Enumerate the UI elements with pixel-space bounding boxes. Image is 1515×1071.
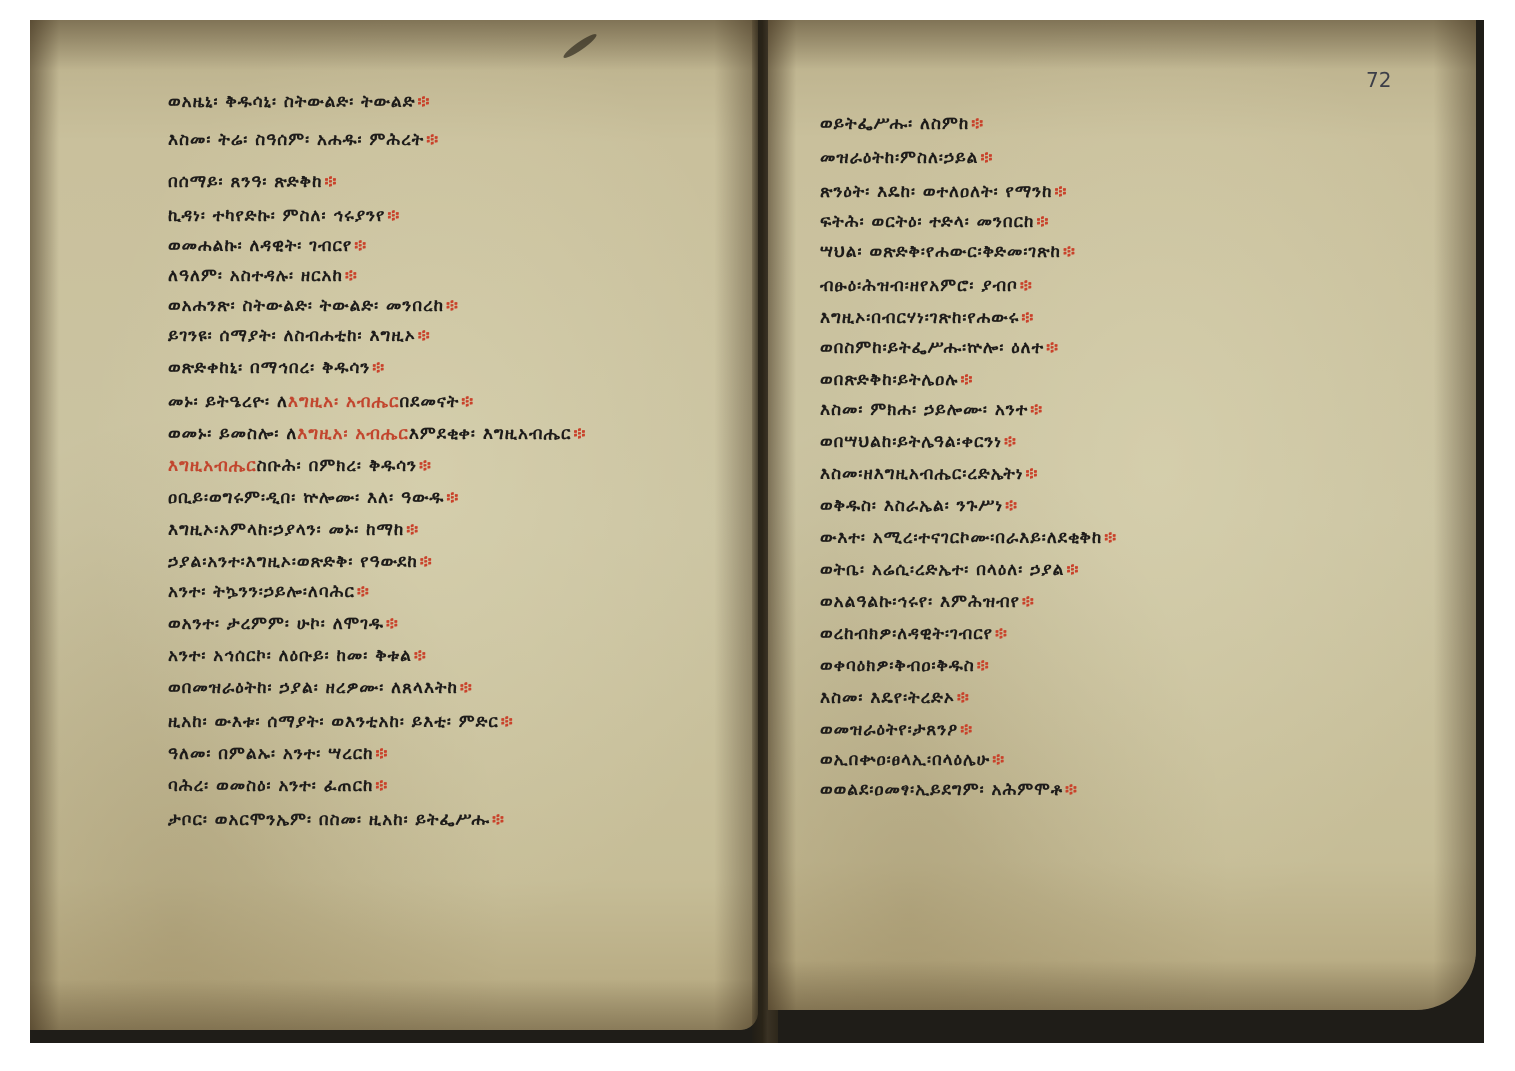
- line-text: ወመሐልኩ፡ ለዳዊት፡ ገብርየ: [168, 236, 352, 256]
- manuscript-line: ወመዝራዕትየ፡ታጸንዖ፨: [820, 720, 973, 740]
- section-mark-icon: ፨: [1020, 276, 1033, 296]
- manuscript-line: ሣህል፡ ወጽድቅ፡የሐውር፡ቅድመ፡ገጽከ፨: [820, 242, 1076, 262]
- line-text: ወአሐንጽ፡ ስትውልድ፡ ትውልድ፡ መንበረከ: [168, 296, 444, 316]
- manuscript-line: ወበመዝራዕትከ፡ ኃያል፡ ዘረዎሙ፡ ለጸላእትከ፨: [168, 678, 473, 698]
- line-text: ወአልዓልኩ፡ኅሩየ፡ እምሕዝብየ: [820, 592, 1020, 612]
- line-text: እስመ፡ ትሬ፡ ስዓሰም፡ አሐዱ፡ ምሕረት: [168, 130, 424, 150]
- manuscript-line: እግዚኦ፡በብርሃነ፡ገጽከ፡የሐውሩ፨: [820, 308, 1034, 328]
- rubric-text: እግዚአብሔር: [168, 456, 257, 476]
- manuscript-line: በሰማይ፡ ጸንዓ፡ ጽድቅከ፨: [168, 172, 337, 192]
- section-mark-icon: ፨: [357, 582, 370, 602]
- manuscript-line: ዐቢይ፡ወግሩም፡ዲበ፡ ኵሎሙ፡ እለ፡ ዓውዱ፨: [168, 488, 459, 508]
- section-mark-icon: ፨: [501, 712, 514, 732]
- manuscript-line: ወቀባዕክዎ፡ቅብዐ፡ቅዱስ፨: [820, 656, 990, 676]
- manuscript-line: ወአልዓልኩ፡ኅሩየ፡ እምሕዝብየ፨: [820, 592, 1035, 612]
- section-mark-icon: ፨: [376, 744, 389, 764]
- section-mark-icon: ፨: [971, 114, 984, 134]
- manuscript-line: እስመ፡ዘእግዚአብሔር፡ረድኤትነ፨: [820, 464, 1038, 484]
- manuscript-photo: ወአዜኒ፡ ቅዱሳኒ፡ ስትውልድ፡ ትውልድ፨እስመ፡ ትሬ፡ ስዓሰም፡ አ…: [30, 20, 1484, 1043]
- right-page: 72 ወይትፌሥሑ፡ ለስምከ፨መዝራዕትከ፡ምስለ፡ኃይል፨ጽንዕት፡ እዴከ…: [768, 20, 1476, 1010]
- manuscript-line: ታቦር፡ ወአርሞንኤም፡ በስመ፡ ዚአከ፡ ይትፌሥሑ፨: [168, 810, 505, 830]
- section-mark-icon: ፨: [461, 392, 474, 412]
- line-text: ዐቢይ፡ወግሩም፡ዲበ፡ ኵሎሙ፡ እለ፡ ዓውዱ: [168, 488, 444, 508]
- manuscript-line: ይገንዩ፡ ሰማያት፡ ለስብሐቲከ፡ እግዚኦ፨: [168, 326, 431, 346]
- manuscript-line: ውእተ፡ አሚረ፡ተናገርኮሙ፡በራእይ፡ለደቂቅከ፨: [820, 528, 1117, 548]
- manuscript-line: ብፁዕ፡ሕዝብ፡ዘየአምሮ፡ ያብቦ፨: [820, 276, 1033, 296]
- section-mark-icon: ፨: [375, 776, 388, 796]
- manuscript-line: መዝራዕትከ፡ምስለ፡ኃይል፨: [820, 148, 993, 168]
- line-text: ወወልደ፡ዐመፃ፡ኢይደግም፡ አሕምሞቶ: [820, 780, 1063, 800]
- line-text: ስቡሕ፡ በምክረ፡ ቅዱሳን: [257, 456, 417, 476]
- line-text: ወቅዱስ፡ እስራኤል፡ ንጉሥነ: [820, 496, 1003, 516]
- line-text: ወበስምከ፡ይትፌሥሑ፡ኵሎ፡ ዕለተ: [820, 338, 1044, 358]
- line-text: ወመኑ፡ ይመስሎ፡ ለ: [168, 424, 297, 444]
- line-text: ሣህል፡ ወጽድቅ፡የሐውር፡ቅድመ፡ገጽከ: [820, 242, 1061, 262]
- section-mark-icon: ፨: [414, 646, 427, 666]
- manuscript-line: እስመ፡ ትሬ፡ ስዓሰም፡ አሐዱ፡ ምሕረት፨: [168, 130, 439, 150]
- section-mark-icon: ፨: [460, 678, 473, 698]
- manuscript-line: ዓለመ፡ በምልኡ፡ አንተ፡ ሣረርከ፨: [168, 744, 388, 764]
- section-mark-icon: ፨: [1065, 780, 1078, 800]
- manuscript-line: እግዚአብሔርስቡሕ፡ በምክረ፡ ቅዱሳን፨: [168, 456, 432, 476]
- section-mark-icon: ፨: [957, 688, 970, 708]
- section-mark-icon: ፨: [426, 130, 439, 150]
- section-mark-icon: ፨: [960, 370, 973, 390]
- section-mark-icon: ፨: [1036, 212, 1049, 232]
- ink-blot: [561, 31, 598, 60]
- manuscript-line: መኑ፡ ይትዔረዮ፡ ለእግዚአ፡ አብሔርበደመናት፨: [168, 392, 474, 412]
- manuscript-line: አንተ፡ ትኴንን፡ኃይሎ፡ለባሕር፨: [168, 582, 370, 602]
- line-text: አንተ፡ አኅሰርኮ፡ ለዕቡይ፡ ከመ፡ ቅቱል: [168, 646, 412, 666]
- manuscript-line: ወበስምከ፡ይትፌሥሑ፡ኵሎ፡ ዕለተ፨: [820, 338, 1059, 358]
- folio-number: 72: [1366, 68, 1391, 92]
- line-text: ዓለመ፡ በምልኡ፡ አንተ፡ ሣረርከ: [168, 744, 374, 764]
- section-mark-icon: ፨: [420, 552, 433, 572]
- manuscript-line: እግዚኦ፡አምላከ፡ኃያላን፡ መኑ፡ ከማከ፨: [168, 520, 419, 540]
- section-mark-icon: ፨: [417, 92, 430, 112]
- section-mark-icon: ፨: [1066, 560, 1079, 580]
- manuscript-line: ፍትሕ፡ ወርትዕ፡ ተድላ፡ መንበርከ፨: [820, 212, 1049, 232]
- line-text: እግዚኦ፡አምላከ፡ኃያላን፡ መኑ፡ ከማከ: [168, 520, 404, 540]
- manuscript-line: ጽንዕት፡ እዴከ፡ ወተለዐለት፡ የማንከ፨: [820, 182, 1067, 202]
- manuscript-line: አንተ፡ አኅሰርኮ፡ ለዕቡይ፡ ከመ፡ ቅቱል፨: [168, 646, 427, 666]
- section-mark-icon: ፨: [1026, 464, 1039, 484]
- section-mark-icon: ፨: [325, 172, 338, 192]
- section-mark-icon: ፨: [1005, 496, 1018, 516]
- line-text: በሰማይ፡ ጸንዓ፡ ጽድቅከ: [168, 172, 323, 192]
- line-text: ወረከብክዎ፡ለዳዊት፡ገብርየ: [820, 624, 993, 644]
- section-mark-icon: ፨: [1030, 400, 1043, 420]
- section-mark-icon: ፨: [372, 358, 385, 378]
- manuscript-line: ወአንተ፡ ታረምም፡ ሁኮ፡ ለሞገዱ፨: [168, 614, 399, 634]
- section-mark-icon: ፨: [446, 296, 459, 316]
- section-mark-icon: ፨: [387, 206, 400, 226]
- line-text: እስመ፡ ምክሐ፡ ኃይሎሙ፡ አንተ: [820, 400, 1028, 420]
- line-text: ወጽድቀከኒ፡ በማኅበረ፡ ቅዱሳን: [168, 358, 370, 378]
- line-text: ወኢበቍዐ፡ፀላኢ፡በላዕሌሁ: [820, 750, 990, 770]
- manuscript-line: እስመ፡ እዴየ፡ትረድኦ፨: [820, 688, 970, 708]
- line-text: ይገንዩ፡ ሰማያት፡ ለስብሐቲከ፡ እግዚኦ: [168, 326, 416, 346]
- line-text: ወአዜኒ፡ ቅዱሳኒ፡ ስትውልድ፡ ትውልድ: [168, 92, 415, 112]
- section-mark-icon: ፨: [977, 656, 990, 676]
- section-mark-icon: ፨: [995, 624, 1008, 644]
- manuscript-line: ወይትፌሥሑ፡ ለስምከ፨: [820, 114, 984, 134]
- section-mark-icon: ፨: [992, 750, 1005, 770]
- manuscript-line: ወቅዱስ፡ እስራኤል፡ ንጉሥነ፨: [820, 496, 1018, 516]
- manuscript-line: ባሕረ፡ ወመስዕ፡ አንተ፡ ፈጠርከ፨: [168, 776, 388, 796]
- left-page: ወአዜኒ፡ ቅዱሳኒ፡ ስትውልድ፡ ትውልድ፨እስመ፡ ትሬ፡ ስዓሰም፡ አ…: [30, 20, 758, 1030]
- manuscript-line: ወአዜኒ፡ ቅዱሳኒ፡ ስትውልድ፡ ትውልድ፨: [168, 92, 430, 112]
- section-mark-icon: ፨: [345, 266, 358, 286]
- line-text-continued: በደመናት: [399, 392, 459, 412]
- line-text: ውእተ፡ አሚረ፡ተናገርኮሙ፡በራእይ፡ለደቂቅከ: [820, 528, 1102, 548]
- section-mark-icon: ፨: [492, 810, 505, 830]
- line-text: ወመዝራዕትየ፡ታጸንዖ: [820, 720, 958, 740]
- section-mark-icon: ፨: [446, 488, 459, 508]
- line-text: ለዓለም፡ አስተዳሉ፡ ዘርአከ: [168, 266, 343, 286]
- section-mark-icon: ፨: [1021, 308, 1034, 328]
- line-text: ወትቤ፡ አሬሲ፡ረድኤተ፡ በላዕለ፡ ኃያል: [820, 560, 1064, 580]
- line-text: ኪዳነ፡ ተካየድኩ፡ ምስለ፡ ኅሩያንየ: [168, 206, 385, 226]
- rubric-text: እግዚአ፡ አብሔር: [288, 392, 400, 412]
- section-mark-icon: ፨: [419, 456, 432, 476]
- section-mark-icon: ፨: [960, 720, 973, 740]
- manuscript-line: ወመኑ፡ ይመስሎ፡ ለእግዚአ፡ አብሔርእምደቂቀ፡ እግዚአብሔር፨: [168, 424, 586, 444]
- manuscript-line: ወአሐንጽ፡ ስትውልድ፡ ትውልድ፡ መንበረከ፨: [168, 296, 459, 316]
- line-text: ወበሣህልከ፡ይትሌዓል፡ቀርንነ: [820, 432, 1002, 452]
- manuscript-line: ወጽድቀከኒ፡ በማኅበረ፡ ቅዱሳን፨: [168, 358, 385, 378]
- line-text: መኑ፡ ይትዔረዮ፡ ለ: [168, 392, 288, 412]
- section-mark-icon: ፨: [418, 326, 431, 346]
- manuscript-line: ዚአከ፡ ውእቱ፡ ሰማያት፡ ወእንቲአከ፡ ይእቲ፡ ምድር፨: [168, 712, 514, 732]
- line-text: ወበጽድቅከ፡ይትሌዐሉ: [820, 370, 958, 390]
- line-text: ባሕረ፡ ወመስዕ፡ አንተ፡ ፈጠርከ: [168, 776, 373, 796]
- section-mark-icon: ፨: [1055, 182, 1068, 202]
- section-mark-icon: ፨: [1063, 242, 1076, 262]
- manuscript-line: ወበሣህልከ፡ይትሌዓል፡ቀርንነ፨: [820, 432, 1017, 452]
- line-text: ወበመዝራዕትከ፡ ኃያል፡ ዘረዎሙ፡ ለጸላእትከ: [168, 678, 458, 698]
- manuscript-line: ወትቤ፡ አሬሲ፡ረድኤተ፡ በላዕለ፡ ኃያል፨: [820, 560, 1079, 580]
- line-text: ኃያል፡አንተ፡እግዚኦ፡ወጽድቅ፡ የዓውደከ: [168, 552, 418, 572]
- line-text: እግዚኦ፡በብርሃነ፡ገጽከ፡የሐውሩ: [820, 308, 1019, 328]
- section-mark-icon: ፨: [386, 614, 399, 634]
- line-text: እስመ፡ዘእግዚአብሔር፡ረድኤትነ: [820, 464, 1024, 484]
- manuscript-line: ወመሐልኩ፡ ለዳዊት፡ ገብርየ፨: [168, 236, 367, 256]
- line-text: ጽንዕት፡ እዴከ፡ ወተለዐለት፡ የማንከ: [820, 182, 1053, 202]
- line-text: ዚአከ፡ ውእቱ፡ ሰማያት፡ ወእንቲአከ፡ ይእቲ፡ ምድር: [168, 712, 499, 732]
- section-mark-icon: ፨: [1104, 528, 1117, 548]
- section-mark-icon: ፨: [354, 236, 367, 256]
- line-text: ወቀባዕክዎ፡ቅብዐ፡ቅዱስ: [820, 656, 975, 676]
- manuscript-line: ኃያል፡አንተ፡እግዚኦ፡ወጽድቅ፡ የዓውደከ፨: [168, 552, 433, 572]
- line-text-continued: እምደቂቀ፡ እግዚአብሔር: [409, 424, 572, 444]
- line-text: ወይትፌሥሑ፡ ለስምከ: [820, 114, 969, 134]
- line-text: መዝራዕትከ፡ምስለ፡ኃይል: [820, 148, 978, 168]
- section-mark-icon: ፨: [406, 520, 419, 540]
- line-text: ፍትሕ፡ ወርትዕ፡ ተድላ፡ መንበርከ: [820, 212, 1034, 232]
- line-text: ብፁዕ፡ሕዝብ፡ዘየአምሮ፡ ያብቦ: [820, 276, 1018, 296]
- section-mark-icon: ፨: [1046, 338, 1059, 358]
- manuscript-line: ኪዳነ፡ ተካየድኩ፡ ምስለ፡ ኅሩያንየ፨: [168, 206, 400, 226]
- line-text: ታቦር፡ ወአርሞንኤም፡ በስመ፡ ዚአከ፡ ይትፌሥሑ: [168, 810, 490, 830]
- line-text: እስመ፡ እዴየ፡ትረድኦ: [820, 688, 955, 708]
- section-mark-icon: ፨: [1022, 592, 1035, 612]
- section-mark-icon: ፨: [573, 424, 586, 444]
- manuscript-line: ወረከብክዎ፡ለዳዊት፡ገብርየ፨: [820, 624, 1008, 644]
- section-mark-icon: ፨: [980, 148, 993, 168]
- manuscript-line: ወወልደ፡ዐመፃ፡ኢይደግም፡ አሕምሞቶ፨: [820, 780, 1078, 800]
- manuscript-line: ወበጽድቅከ፡ይትሌዐሉ፨: [820, 370, 973, 390]
- rubric-text: እግዚአ፡ አብሔር: [297, 424, 409, 444]
- manuscript-line: ወኢበቍዐ፡ፀላኢ፡በላዕሌሁ፨: [820, 750, 1005, 770]
- manuscript-line: ለዓለም፡ አስተዳሉ፡ ዘርአከ፨: [168, 266, 358, 286]
- manuscript-line: እስመ፡ ምክሐ፡ ኃይሎሙ፡ አንተ፨: [820, 400, 1043, 420]
- section-mark-icon: ፨: [1004, 432, 1017, 452]
- line-text: ወአንተ፡ ታረምም፡ ሁኮ፡ ለሞገዱ: [168, 614, 384, 634]
- line-text: አንተ፡ ትኴንን፡ኃይሎ፡ለባሕር: [168, 582, 355, 602]
